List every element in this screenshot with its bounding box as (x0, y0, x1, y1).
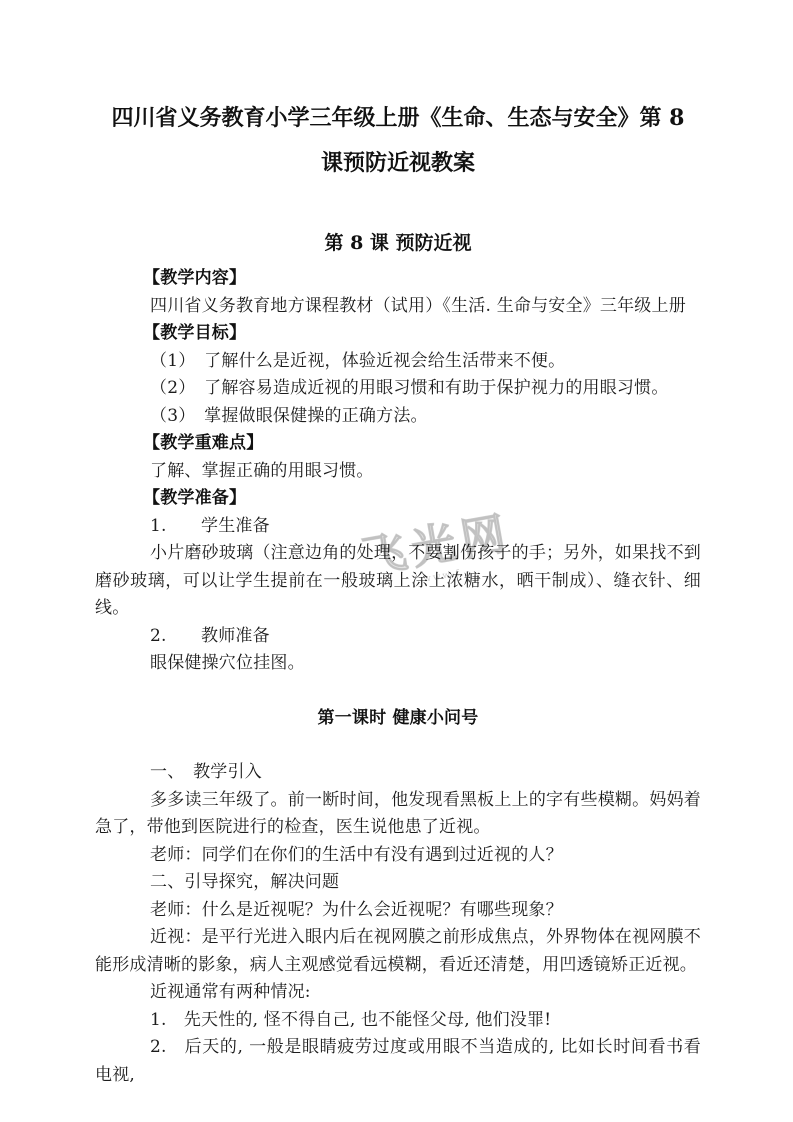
paragraph-text: 二、引导探究，解决问题 (150, 872, 339, 892)
paragraph: 二、引导探究，解决问题 (95, 869, 701, 897)
paragraph: 2. 教师准备 (95, 623, 701, 651)
paragraph: 【教学重难点】 (95, 430, 701, 458)
paragraph: 近视通常有两种情况: (95, 979, 701, 1007)
document-content: 四川省义务教育小学三年级上册《生命、生态与安全》第 8课预防近视教案 第 8 课… (95, 0, 701, 1089)
paragraph-text: 多多读三年级了。前一断时间，他发现看黑板上上的字有些模糊。妈妈着急了，带他到医院… (95, 790, 701, 838)
paragraph-text: 1. 先天性的, 怪不得自己, 也不能怪父母, 他们没罪! (150, 1010, 551, 1030)
paragraph: （3） 掌握做眼保健操的正确方法。 (95, 403, 701, 431)
paragraph-text: （3） 掌握做眼保健操的正确方法。 (150, 406, 428, 426)
paragraph-text: 2. 教师准备 (150, 626, 270, 646)
document-title: 四川省义务教育小学三年级上册《生命、生态与安全》第 8课预防近视教案 (95, 0, 701, 186)
paragraph: 1. 先天性的, 怪不得自己, 也不能怪父母, 他们没罪! (95, 1007, 701, 1035)
paragraph-text: 【教学内容】 (143, 268, 246, 288)
paragraph: （1） 了解什么是近视，体验近视会给生活带来不便。 (95, 348, 701, 376)
document-title-line2: 课预防近视教案 (321, 150, 475, 176)
paragraph: 【教学内容】 (95, 265, 701, 293)
document-title-line1: 四川省义务教育小学三年级上册《生命、生态与安全》第 8 (112, 105, 685, 131)
paragraph: 了解、掌握正确的用眼习惯。 (95, 458, 701, 486)
paragraph: 【教学准备】 (95, 485, 701, 513)
paragraph-text: 2. 后天的, 一般是眼睛疲劳过度或用眼不当造成的, 比如长时间看书看电视, (95, 1037, 701, 1085)
paragraph-text: 一、 教学引入 (150, 762, 262, 782)
paragraph-text: 近视通常有两种情况: (150, 982, 311, 1002)
paragraph: 老师：同学们在你们的生活中有没有遇到过近视的人？ (95, 842, 701, 870)
paragraph: 眼保健操穴位挂图。 (95, 650, 701, 678)
paragraph: 多多读三年级了。前一断时间，他发现看黑板上上的字有些模糊。妈妈着急了，带他到医院… (95, 787, 701, 842)
paragraph-text: 小片磨砂玻璃（注意边角的处理，不要割伤孩子的手；另外，如果找不到磨砂玻璃，可以让… (95, 543, 701, 618)
document-body: 【教学内容】 四川省义务教育地方课程教材（试用）《生活. 生命与安全》三年级上册… (95, 265, 701, 1089)
paragraph: 四川省义务教育地方课程教材（试用）《生活. 生命与安全》三年级上册 (95, 293, 701, 321)
paragraph-text: （2） 了解容易造成近视的用眼习惯和有助于保护视力的用眼习惯。 (150, 378, 669, 398)
paragraph: 2. 后天的, 一般是眼睛疲劳过度或用眼不当造成的, 比如长时间看书看电视, (95, 1034, 701, 1089)
paragraph-text: 【教学重难点】 (143, 433, 263, 453)
paragraph-text: 【教学目标】 (143, 323, 246, 343)
paragraph: （2） 了解容易造成近视的用眼习惯和有助于保护视力的用眼习惯。 (95, 375, 701, 403)
paragraph: 近视：是平行光进入眼内后在视网膜之前形成焦点，外界物体在视网膜不能形成清晰的影象… (95, 924, 701, 979)
paragraph-text: 近视：是平行光进入眼内后在视网膜之前形成焦点，外界物体在视网膜不能形成清晰的影象… (95, 927, 701, 975)
paragraph: 一、 教学引入 (95, 759, 701, 787)
paragraph-text: 1. 学生准备 (150, 516, 270, 536)
paragraph-text: 四川省义务教育地方课程教材（试用）《生活. 生命与安全》三年级上册 (150, 296, 686, 316)
paragraph: 第一课时 健康小问号 (95, 705, 701, 733)
paragraph-text: 老师：同学们在你们的生活中有没有遇到过近视的人？ (150, 845, 563, 865)
paragraph: 老师：什么是近视呢？为什么会近视呢？有哪些现象？ (95, 897, 701, 925)
paragraph-text: （1） 了解什么是近视，体验近视会给生活带来不便。 (150, 351, 565, 371)
paragraph-text: 了解、掌握正确的用眼习惯。 (150, 461, 374, 481)
paragraph: 1. 学生准备 (95, 513, 701, 541)
paragraph-text: 眼保健操穴位挂图。 (150, 653, 305, 673)
paragraph: 【教学目标】 (95, 320, 701, 348)
paragraph-text: 【教学准备】 (143, 488, 246, 508)
paragraph: 小片磨砂玻璃（注意边角的处理，不要割伤孩子的手；另外，如果找不到磨砂玻璃，可以让… (95, 540, 701, 623)
lesson-heading: 第 8 课 预防近视 (95, 230, 701, 257)
paragraph-text: 第一课时 健康小问号 (318, 708, 479, 728)
paragraph-text: 老师：什么是近视呢？为什么会近视呢？有哪些现象？ (150, 900, 563, 920)
document-page: 飞光网 www.f 四川省义务教育小学三年级上册《生命、生态与安全》第 8课预防… (0, 0, 793, 1122)
